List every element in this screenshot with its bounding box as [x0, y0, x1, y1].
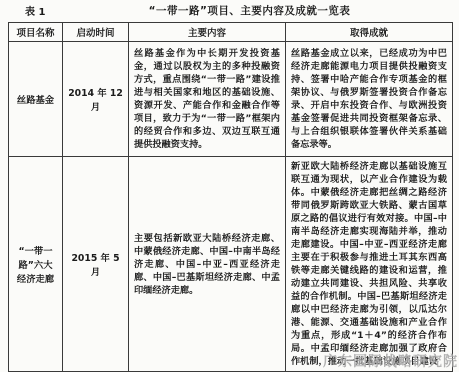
table-row-silk-road-fund: 丝路基金 2014 年 12 月 丝路基金作为中长期开发投资基金，通过以股权为主… [9, 42, 453, 157]
header-start-time: 启动时间 [63, 23, 129, 42]
scanned-table-page: 表 1 “一带一路”项目、主要内容及成就一览表 项目名称 启动时间 主要内容 取… [0, 0, 459, 372]
header-achievements: 取得成就 [286, 23, 453, 42]
cell-achievements: 丝路基金成立以来，已经成功为中巴经济走廊能源电力项目提供投融资支持、签署中哈产能… [286, 42, 453, 157]
header-project-name: 项目名称 [9, 23, 63, 42]
table-row-six-corridors: “一带一路”六大经济走廊 2015 年 5 月 主要包括新欧亚大陆桥经济走廊、中… [9, 157, 453, 372]
header-main-content: 主要内容 [129, 23, 286, 42]
cell-start-time: 2014 年 12 月 [63, 42, 129, 157]
belt-and-road-table: 项目名称 启动时间 主要内容 取得成就 丝路基金 2014 年 12 月 丝路基… [8, 22, 453, 372]
page-title: “一带一路”项目、主要内容及成就一览表 [70, 3, 429, 18]
table-caption-row: 表 1 “一带一路”项目、主要内容及成就一览表 [0, 3, 459, 19]
cell-start-time: 2015 年 5 月 [63, 157, 129, 372]
cell-project-name: 丝路基金 [9, 42, 63, 157]
cell-main-content: 丝路基金作为中长期开发投资基金，通过以股权为主的多种投融资方式，重点围绕“一带一… [129, 42, 286, 157]
header-row: 项目名称 启动时间 主要内容 取得成就 [9, 23, 453, 42]
cell-project-name: “一带一路”六大经济走廊 [9, 157, 63, 372]
cell-main-content: 主要包括新欧亚大陆桥经济走廊、中蒙俄经济走廊、中国–中南半岛经济走廊、中国–中亚… [129, 157, 286, 372]
cell-achievements: 新亚欧大陆桥经济走廊以基础设施互联互通为现状，以产业合作建设为载体。中蒙俄经济走… [286, 157, 453, 372]
table-number-label: 表 1 [25, 3, 45, 18]
